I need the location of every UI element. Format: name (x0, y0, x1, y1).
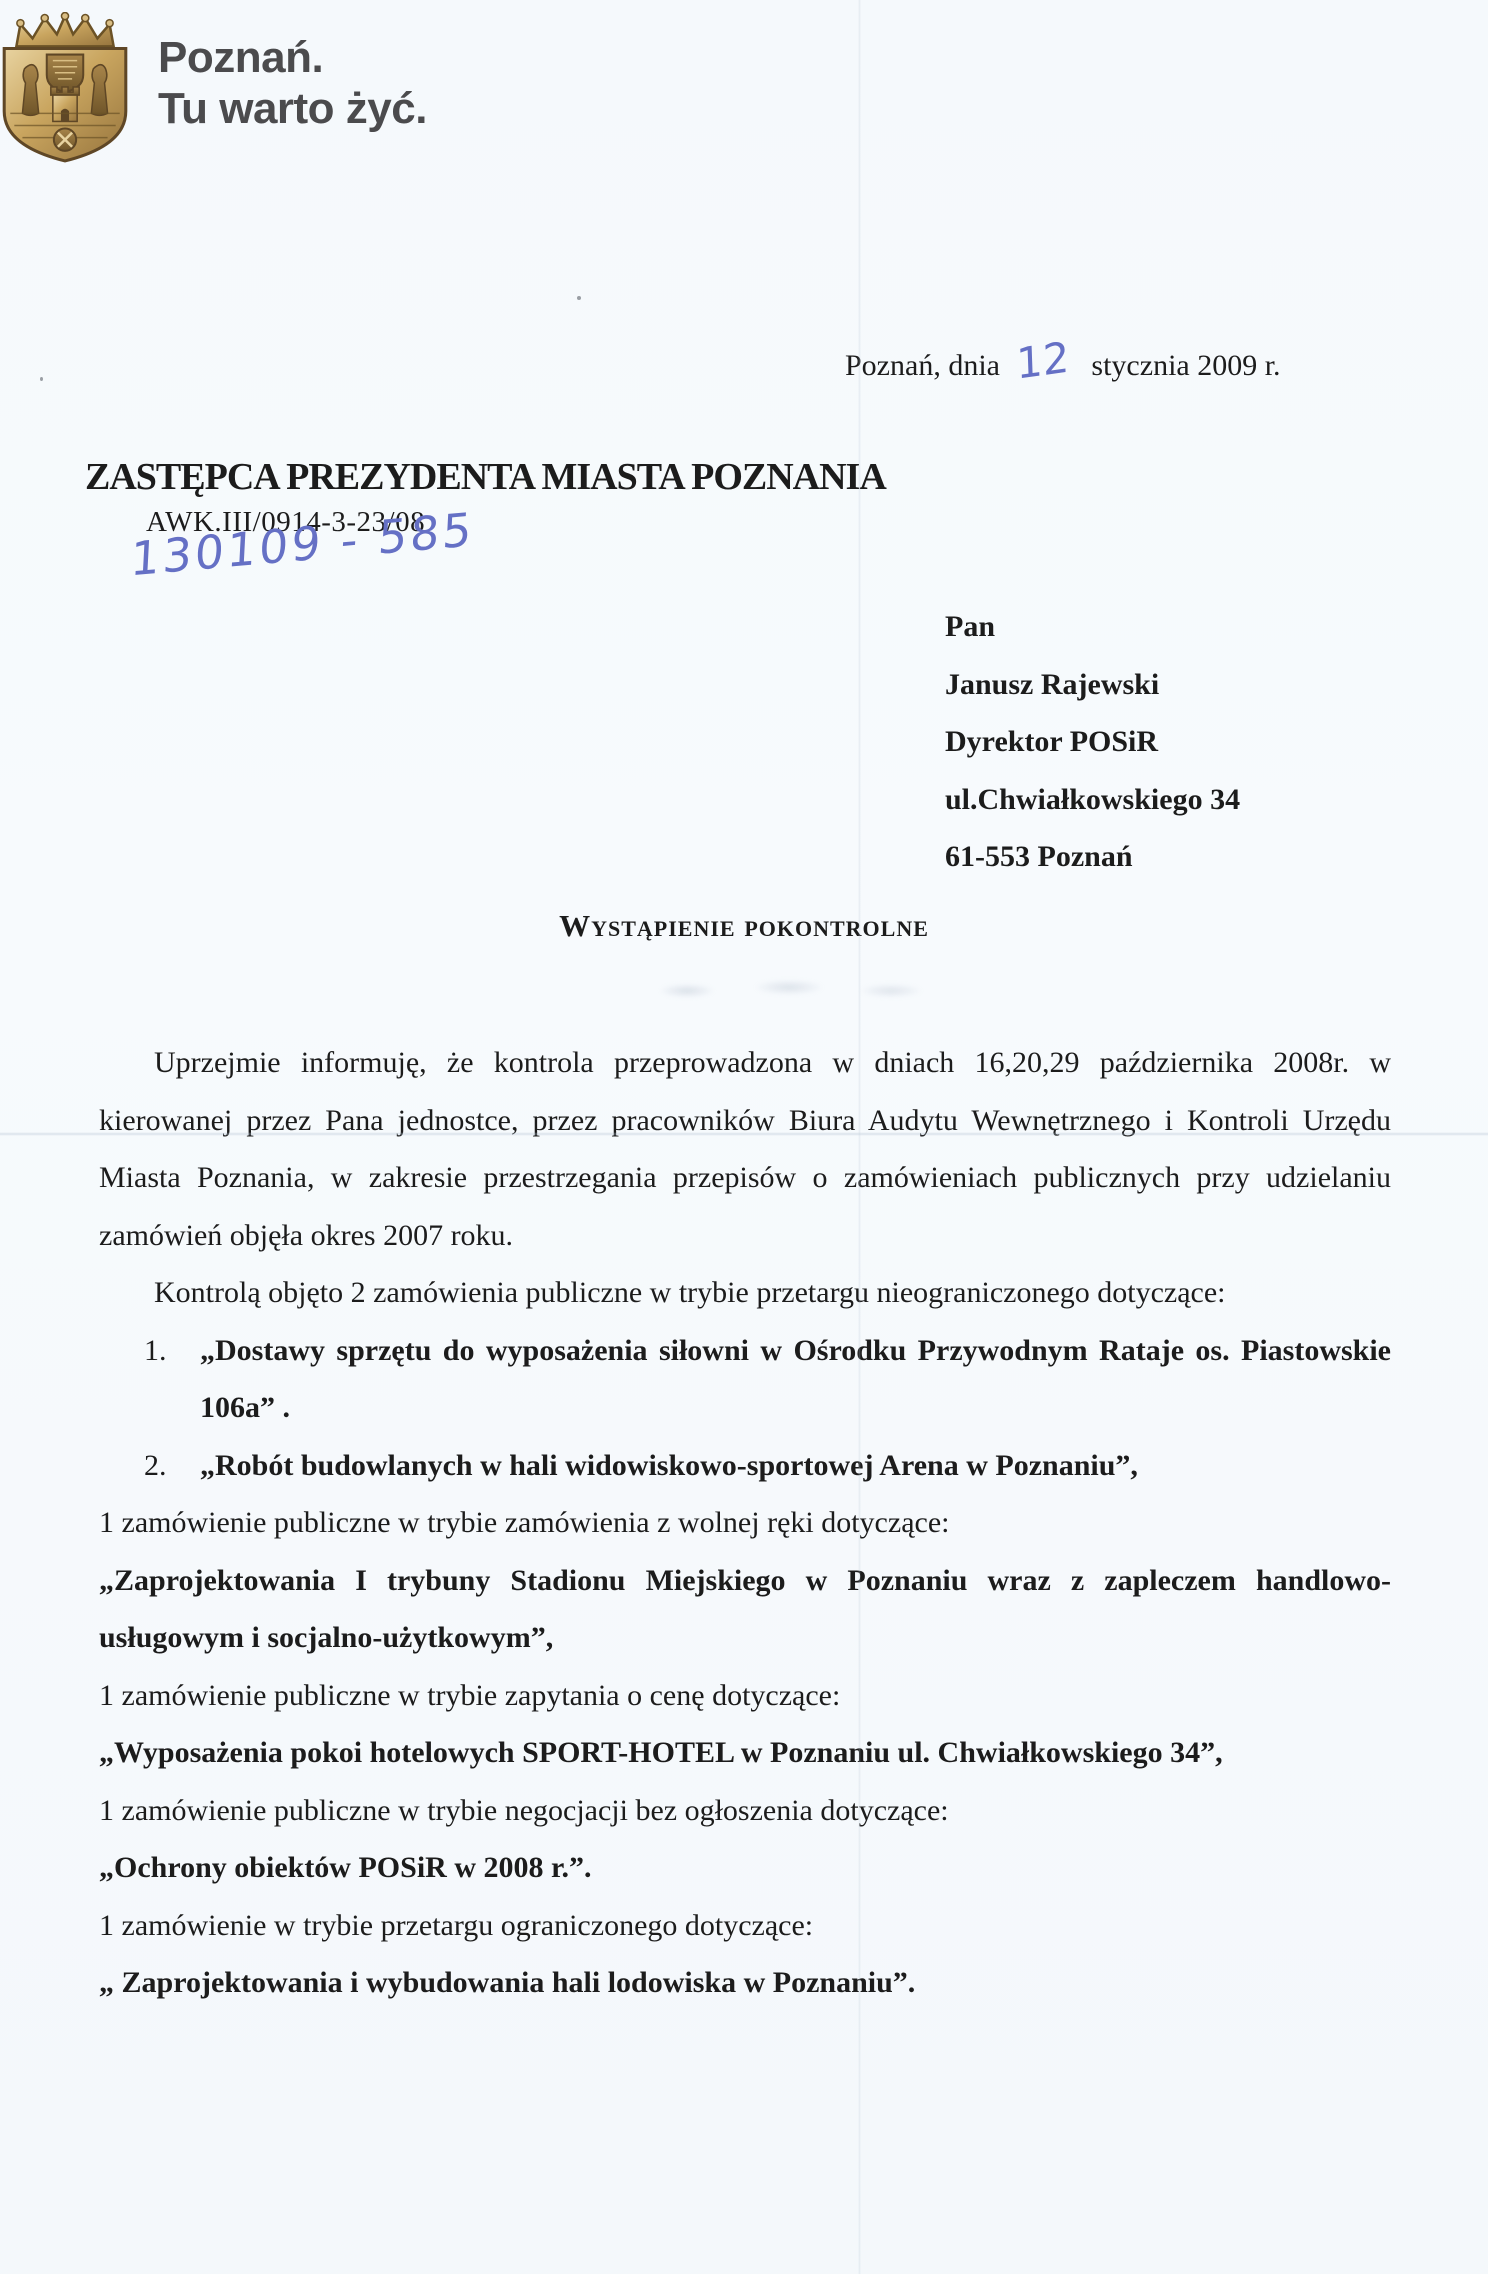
section-intro: 1 zamówienie publiczne w trybie negocjac… (99, 1782, 1391, 1840)
recipient-block: Pan Janusz Rajewski Dyrektor POSiR ul.Ch… (945, 598, 1240, 886)
scanned-letter-page: Poznań. Tu warto żyć. Poznań, dnia12styc… (0, 0, 1488, 2274)
dateline: Poznań, dnia12stycznia 2009 r. (845, 346, 1281, 383)
brand-line2: Tu warto żyć. (158, 83, 427, 134)
sender-title: ZASTĘPCA PREZYDENTA MIASTA POZNANIA (85, 455, 886, 499)
scan-speck (577, 296, 581, 300)
list-item: 2. „Robót budowlanych w hali widowiskowo… (99, 1437, 1391, 1495)
paragraph-scope: Kontrolą objęto 2 zamówienia publiczne w… (99, 1264, 1391, 1322)
recipient-name: Janusz Rajewski (945, 656, 1240, 714)
list-item: 1. „Dostawy sprzętu do wyposażenia siłow… (99, 1322, 1391, 1437)
section-intro: 1 zamówienie w trybie przetargu ogranicz… (99, 1897, 1391, 1955)
section-item: „ Zaprojektowania i wybudowania hali lod… (99, 1954, 1391, 2012)
recipient-salutation: Pan (945, 598, 1240, 656)
handwritten-day: 12 (1016, 342, 1070, 380)
paragraph-intro: Uprzejmie informuję, że kontrola przepro… (99, 1034, 1391, 1264)
letter-body: Uprzejmie informuję, że kontrola przepro… (99, 1034, 1391, 2012)
section-item: „Zaprojektowania I trybuny Stadionu Miej… (99, 1552, 1391, 1667)
section-item: „Ochrony obiektów POSiR w 2008 r.”. (99, 1839, 1391, 1897)
list-item-number: 1. (144, 1322, 200, 1437)
poznan-coat-of-arms-icon (0, 12, 138, 164)
section-intro: 1 zamówienie publiczne w trybie zamówien… (99, 1494, 1391, 1552)
list-item-number: 2. (144, 1437, 200, 1495)
city-brand-text: Poznań. Tu warto żyć. (158, 32, 427, 134)
document-title: Wystąpienie pokontrolne (0, 908, 1488, 944)
recipient-street: ul.Chwiałkowskiego 34 (945, 771, 1240, 829)
recipient-position: Dyrektor POSiR (945, 713, 1240, 771)
section-intro: 1 zamówienie publiczne w trybie zapytani… (99, 1667, 1391, 1725)
brand-line1: Poznań. (158, 32, 427, 83)
section-item: „Wyposażenia pokoi hotelowych SPORT-HOTE… (99, 1724, 1391, 1782)
recipient-postal-city: 61-553 Poznań (945, 828, 1240, 886)
scan-speck (40, 377, 43, 381)
dateline-prefix: Poznań, dnia (845, 349, 1000, 382)
ink-bleedthrough-smudge (636, 972, 976, 1006)
list-item-text: „Robót budowlanych w hali widowiskowo-sp… (200, 1437, 1391, 1495)
list-item-text: „Dostawy sprzętu do wyposażenia siłowni … (200, 1322, 1391, 1437)
dateline-suffix: stycznia 2009 r. (1091, 349, 1280, 382)
